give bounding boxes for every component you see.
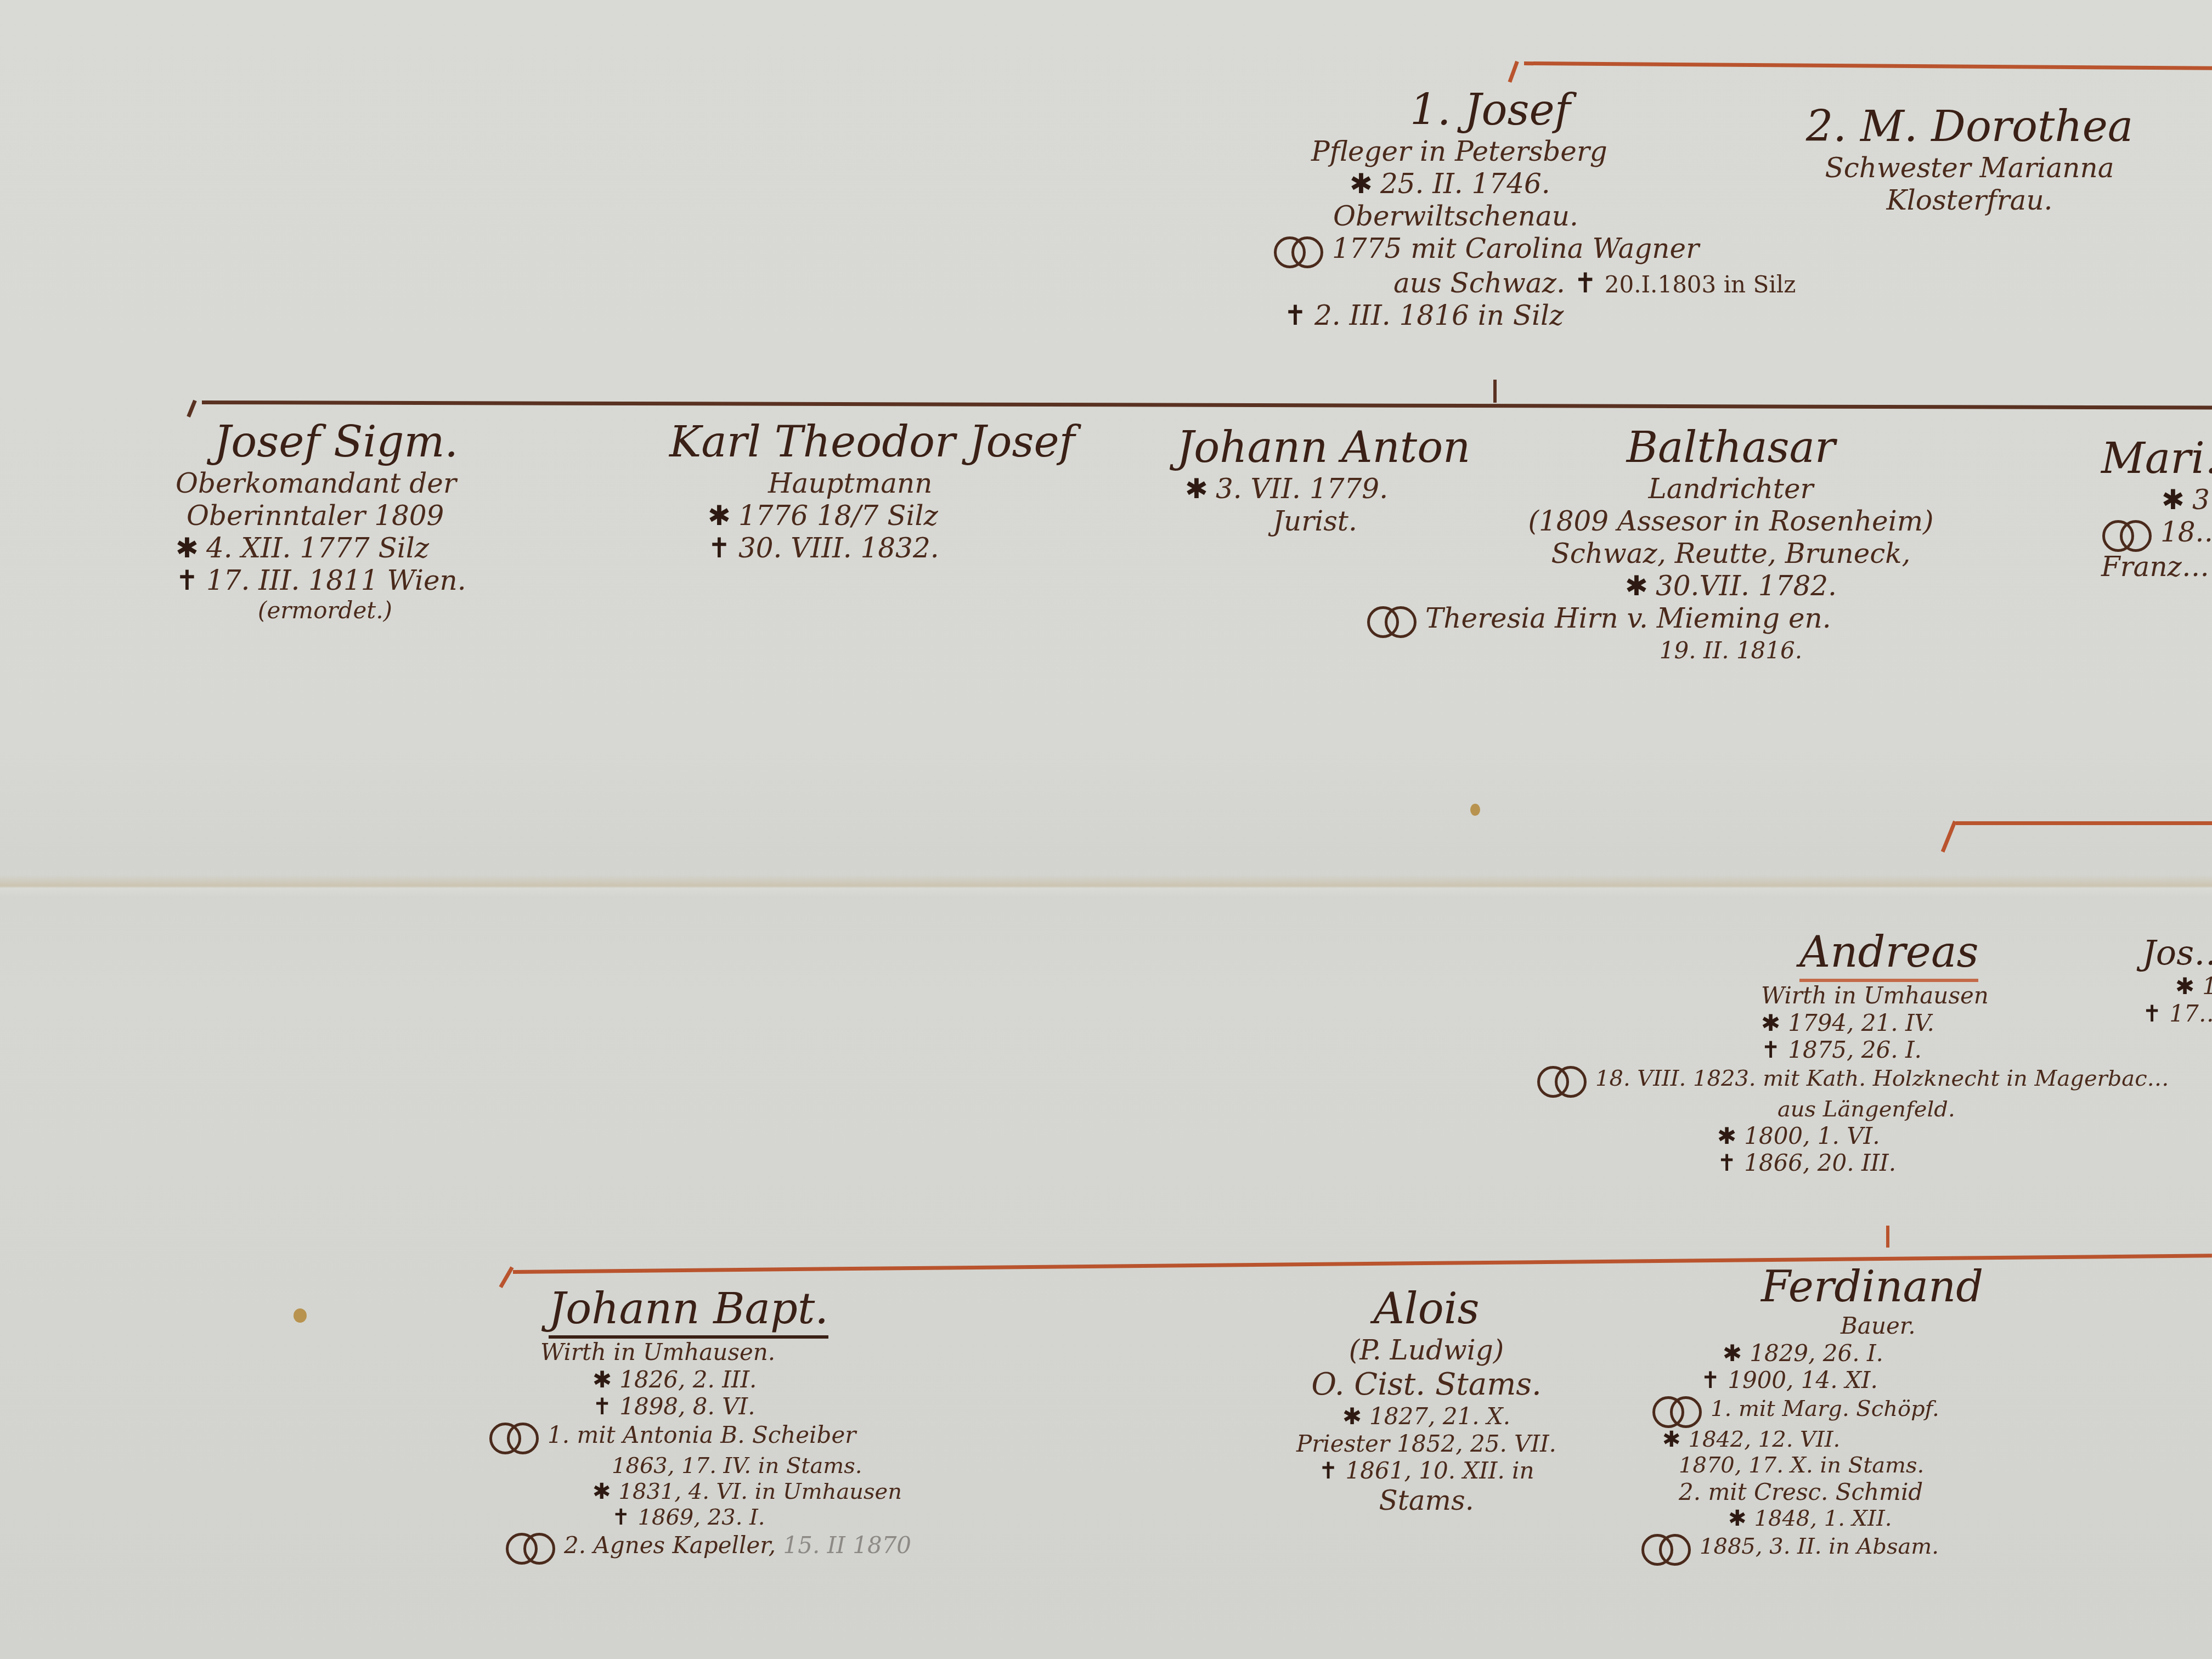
birth-info: 1776 18/7 Silz [738, 500, 938, 532]
born-icon: ✱ [1342, 1403, 1362, 1430]
died-icon: ✝ [1761, 1036, 1780, 1064]
tree-line-andreas-drop [1886, 1226, 1889, 1248]
died-icon: ✝ [2142, 1000, 2162, 1028]
rings-icon [1273, 234, 1323, 267]
paper-stain [1470, 804, 1480, 816]
person-title: Oberkomandant der [176, 467, 466, 500]
rings-icon [2101, 518, 2152, 551]
spouse-birth: 1800, 1. VI. [1744, 1122, 1880, 1149]
spouse-origin: aus Längenfeld. [1536, 1097, 2169, 1122]
birth-info: 3… [2192, 484, 2212, 516]
tree-line-josef-children [202, 400, 2212, 410]
marriage-1: 1. mit Antonia B. Scheiber [548, 1421, 856, 1448]
person-title: Wirth in Umhausen. [488, 1339, 911, 1366]
died-icon: ✝ [1701, 1367, 1720, 1394]
born-icon: ✱ [1728, 1506, 1747, 1532]
person-ferdinand: Ferdinand Bauer. ✱1829, 26. I. ✝1900, 14… [1640, 1262, 1983, 1565]
marriage-date: 19. II. 1816. [1366, 637, 2096, 664]
person-title-2: Oberinntaler 1809 [176, 500, 466, 532]
born-icon: ✱ [2162, 484, 2185, 516]
person-places: Schwaz, Reutte, Bruneck, [1366, 538, 2096, 570]
person-title: Schwester Marianna [1778, 152, 2162, 184]
died-icon: ✝ [708, 532, 731, 565]
death-info: 17… [2169, 1000, 2212, 1027]
spouse-name: Franz… [2101, 551, 2212, 583]
person-title: Pfleger in Petersberg [1273, 136, 1796, 168]
person-balthasar: Balthasar Landrichter (1809 Assesor in R… [1366, 422, 2096, 664]
born-icon: ✱ [1185, 473, 1208, 505]
born-icon: ✱ [1723, 1340, 1742, 1367]
birth-info: 30.VII. 1782. [1656, 570, 1837, 602]
marriage-info: 1775 mit Carolina Wagner [1332, 233, 1699, 264]
spouse-death: 1866, 20. III. [1744, 1149, 1896, 1176]
rings-icon [1536, 1064, 1587, 1097]
rings-icon [1651, 1394, 1702, 1427]
tree-line-middle-red-hook [1941, 821, 1957, 853]
tree-line-middle-red [1956, 821, 2212, 825]
born-icon: ✱ [1717, 1122, 1736, 1150]
person-name: Alois [1373, 1284, 1479, 1334]
person-jos-partial: Jos… ✱1… ✝17… [2142, 933, 2212, 1027]
spouse-1-death: 1869, 23. I. [638, 1505, 765, 1530]
pencil-annotation: 15. II 1870 [783, 1532, 912, 1559]
person-mari-partial: Mari… ✱3… 18.… Franz… [2101, 433, 2212, 583]
religious-order: O. Cist. Stams. [1229, 1367, 1624, 1403]
birth-info: 1827, 21. X. [1369, 1403, 1510, 1430]
born-icon: ✱ [592, 1479, 611, 1505]
person-name: Josef Sigm. [214, 417, 458, 467]
marriage-2-date: 1885, 3. II. in Absam. [1700, 1534, 1939, 1559]
person-name: Karl Theodor Josef [669, 417, 1075, 467]
spouse-1-birth: 1842, 12. VII. [1689, 1427, 1841, 1452]
person-title: Hauptmann [669, 467, 1075, 500]
tree-line-top-red [1524, 61, 2212, 70]
spouse-info: Theresia Hirn v. Mieming en. [1425, 602, 1831, 634]
person-name: Mari… [2101, 433, 2212, 484]
born-icon: ✱ [592, 1366, 612, 1393]
person-andreas: Andreas Wirth in Umhausen ✱1794, 21. IV.… [1536, 927, 2169, 1177]
born-icon: ✱ [1350, 168, 1373, 200]
born-icon: ✱ [1761, 1009, 1780, 1037]
ordination-info: Priester 1852, 25. VII. [1229, 1430, 1624, 1458]
born-icon: ✱ [1625, 570, 1648, 602]
spouse-2-birth: 1848, 1. XII. [1754, 1506, 1892, 1531]
rings-icon [505, 1531, 555, 1564]
birth-info: 1794, 21. IV. [1788, 1009, 1934, 1036]
person-note: (ermordet.) [176, 597, 466, 624]
person-title: Bauer. [1640, 1312, 1983, 1340]
died-icon: ✝ [592, 1393, 612, 1420]
marriage-info: 18. VIII. 1823. mit Kath. Holzknecht in … [1595, 1066, 2169, 1091]
rings-icon [1366, 604, 1417, 637]
spouse-death: 20.I.1803 in Silz [1605, 271, 1796, 298]
death-info: 1898, 8. VI. [619, 1393, 755, 1420]
religious-name: (P. Ludwig) [1229, 1334, 1624, 1367]
death-info: 2. III. 1816 in Silz [1314, 300, 1564, 331]
person-name: Ferdinand [1761, 1262, 1983, 1312]
marriage-2: 2. mit Cresc. Schmid [1640, 1479, 1983, 1506]
tree-line-josef-children-hook [187, 400, 196, 417]
birth-info: 1826, 2. III. [619, 1366, 757, 1393]
died-icon: ✝ [1284, 300, 1307, 332]
paper-stain [294, 1308, 307, 1323]
tree-line-top-red-hook [1508, 61, 1519, 83]
person-name: Balthasar [1627, 422, 1836, 473]
person-dorothea: 2. M. Dorothea Schwester Marianna Kloste… [1778, 101, 2162, 217]
marriage-1-date: 1870, 17. X. in Stams. [1640, 1453, 1983, 1479]
birth-place: Oberwiltschenau. [1273, 200, 1796, 233]
born-icon: ✱ [176, 532, 199, 565]
spouse-1-birth: 1831, 4. VI. in Umhausen [619, 1479, 902, 1504]
death-info: 17. III. 1811 Wien. [206, 565, 466, 596]
death-info: 1900, 14. XI. [1728, 1367, 1878, 1393]
person-name: 1. Josef [1410, 85, 1571, 136]
person-karl-theodor-josef: Karl Theodor Josef Hauptmann ✱1776 18/7 … [669, 417, 1075, 565]
person-title: Wirth in Umhausen [1536, 982, 2169, 1009]
death-place: Stams. [1229, 1485, 1624, 1517]
death-info: 30. VIII. 1832. [738, 532, 939, 564]
death-info: 1861, 10. XII. in [1346, 1457, 1534, 1484]
born-icon: ✱ [708, 500, 731, 532]
person-title: Landrichter [1366, 473, 2096, 505]
died-icon: ✝ [1717, 1149, 1736, 1177]
born-icon: ✱ [1662, 1427, 1681, 1453]
person-name: 2. M. Dorothea [1806, 101, 2134, 152]
birth-info: 1… [2202, 973, 2212, 1000]
spouse-origin: aus Schwaz. [1393, 267, 1565, 299]
person-name: Johann Bapt. [549, 1284, 828, 1339]
person-title-2: (1809 Assesor in Rosenheim) [1366, 505, 2096, 538]
died-icon: ✝ [1318, 1457, 1338, 1485]
born-icon: ✱ [2175, 973, 2194, 1000]
person-name: Andreas [1799, 927, 1978, 982]
marriage-2: 2. Agnes Kapeller, [564, 1532, 776, 1559]
person-josef-sigm: Josef Sigm. Oberkomandant der Oberinntal… [176, 417, 466, 624]
paper-fold-crease [0, 875, 2212, 897]
died-icon: ✝ [176, 565, 199, 597]
marriage-1: 1. mit Marg. Schöpf. [1711, 1396, 1939, 1421]
person-josef: 1. Josef Pfleger in Petersberg ✱25. II. … [1273, 85, 1796, 332]
death-info: 1875, 26. I. [1788, 1036, 1922, 1063]
person-role: Klosterfrau. [1778, 184, 2162, 217]
died-icon: ✝ [1574, 267, 1597, 300]
rings-icon [1640, 1532, 1691, 1565]
birth-date: 25. II. 1746. [1380, 168, 1550, 200]
person-johann-bapt: Johann Bapt. Wirth in Umhausen. ✱1826, 2… [488, 1284, 911, 1564]
person-alois: Alois (P. Ludwig) O. Cist. Stams. ✱1827,… [1229, 1284, 1624, 1517]
tree-line-josef-drop [1493, 380, 1497, 403]
birth-info: 4. XII. 1777 Silz [206, 532, 429, 564]
marriage-info: 18.… [2160, 516, 2212, 548]
birth-info: 1829, 26. I. [1750, 1340, 1883, 1367]
birth-info: 3. VII. 1779. [1216, 473, 1388, 505]
marriage-1-date: 1863, 17. IV. in Stams. [488, 1453, 911, 1479]
died-icon: ✝ [612, 1505, 630, 1531]
rings-icon [488, 1420, 539, 1453]
person-name: Jos… [2142, 933, 2212, 973]
